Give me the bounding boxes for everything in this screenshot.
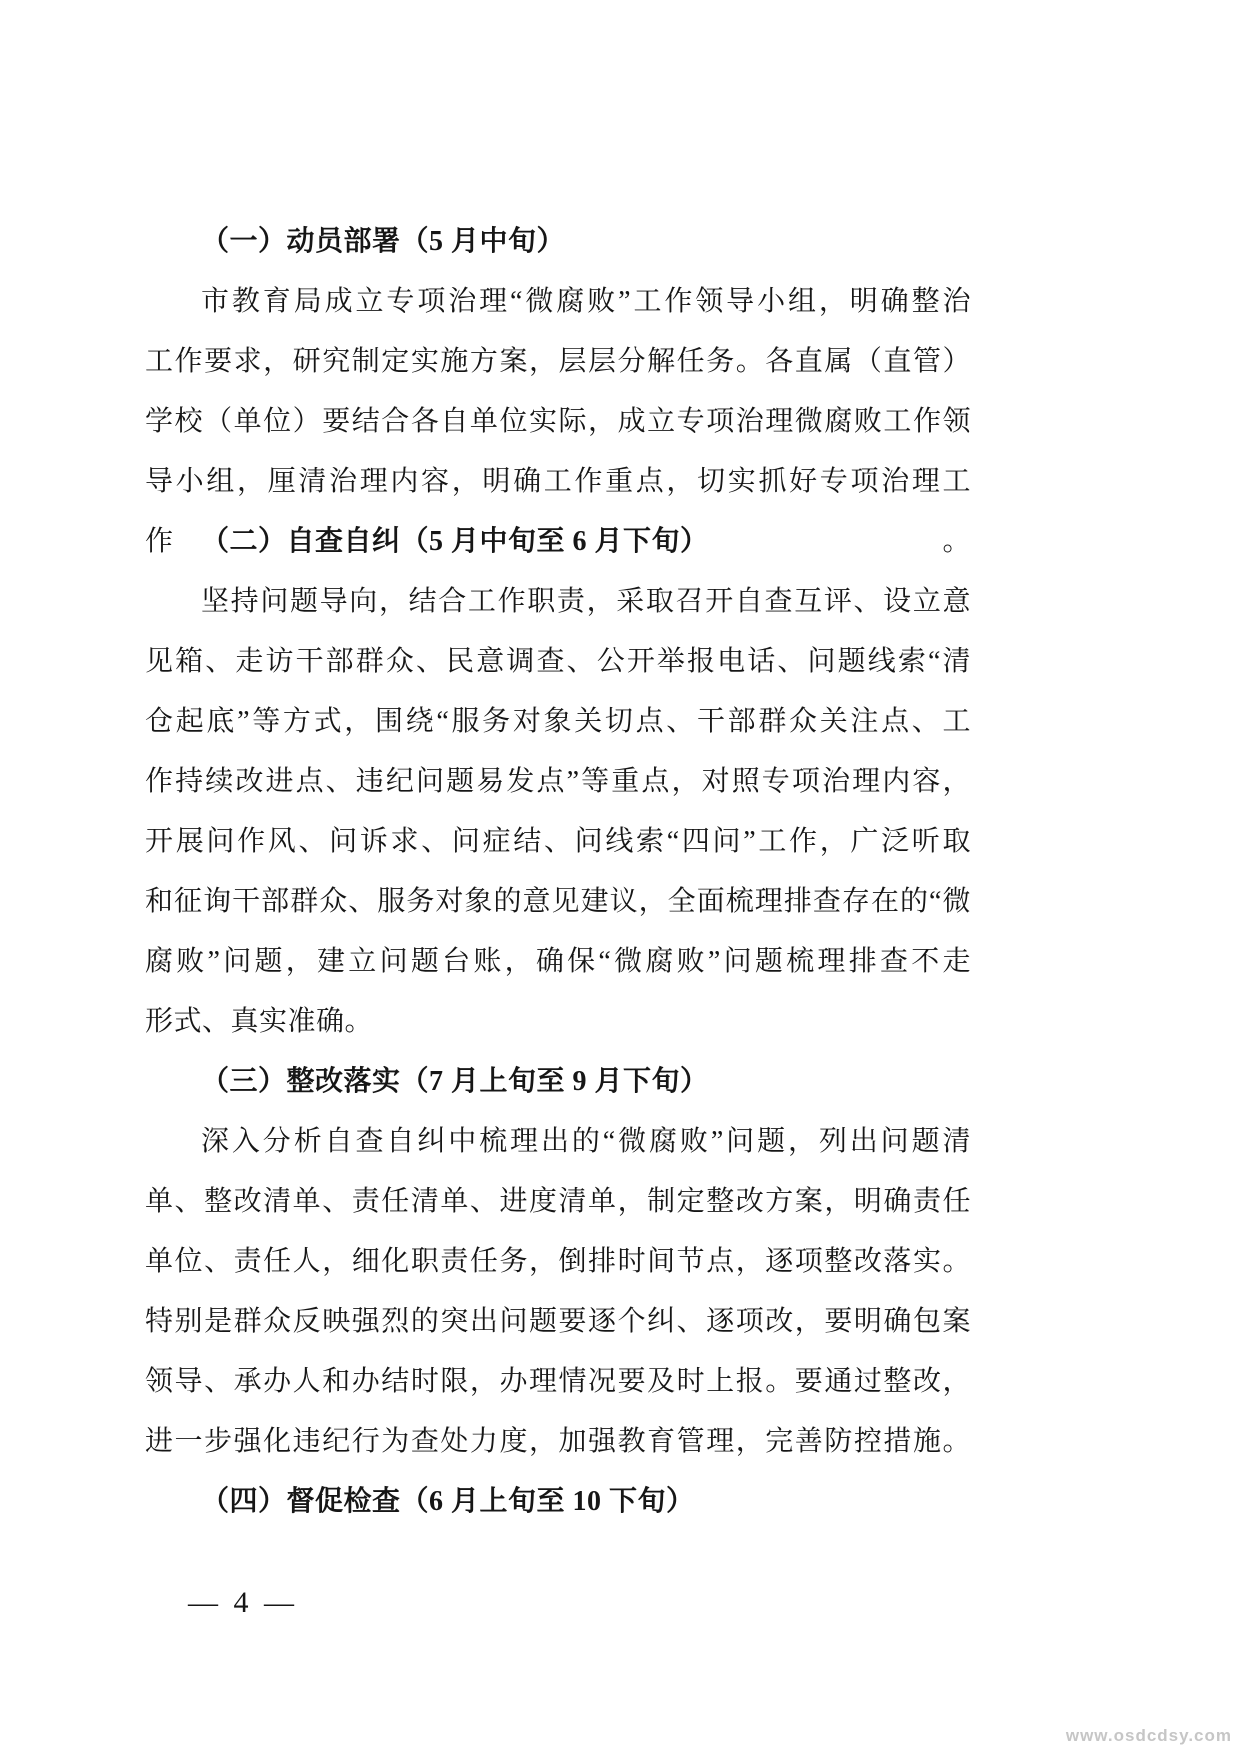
body-line: 腐败”问题，建立问题台账，确保“微腐败”问题梳理排查不走 (145, 932, 971, 992)
section-heading: （四）督促检查（6 月上旬至 10 下旬） (145, 1472, 971, 1532)
body-line: 形式、真实准确。 (145, 992, 971, 1052)
body-line: 导小组，厘清治理内容，明确工作重点，切实抓好专项治理工作。 (145, 452, 971, 512)
body-line: 特别是群众反映强烈的突出问题要逐个纠、逐项改，要明确包案 (145, 1292, 971, 1352)
document-body: （一）动员部署（5 月中旬）市教育局成立专项治理“微腐败”工作领导小组，明确整治… (145, 212, 971, 1532)
body-line: 单位、责任人，细化职责任务，倒排时间节点，逐项整改落实。 (145, 1232, 971, 1292)
section-heading: （三）整改落实（7 月上旬至 9 月下旬） (145, 1052, 971, 1112)
body-line: 工作要求，研究制定实施方案，层层分解任务。各直属（直管） (145, 332, 971, 392)
body-line: 作持续改进点、违纪问题易发点”等重点，对照专项治理内容， (145, 752, 971, 812)
body-line: 仓起底”等方式，围绕“服务对象关切点、干部群众关注点、工 (145, 692, 971, 752)
body-line: 领导、承办人和办结时限，办理情况要及时上报。要通过整改， (145, 1352, 971, 1412)
page-number: — 4 — (188, 1585, 298, 1621)
document-page: （一）动员部署（5 月中旬）市教育局成立专项治理“微腐败”工作领导小组，明确整治… (0, 0, 1240, 1754)
body-line: 单、整改清单、责任清单、进度清单，制定整改方案，明确责任 (145, 1172, 971, 1232)
watermark: www.osdcdsy.com (1066, 1726, 1232, 1746)
section-heading: （一）动员部署（5 月中旬） (145, 212, 971, 272)
body-line: 和征询干部群众、服务对象的意见建议，全面梳理排查存在的“微 (145, 872, 971, 932)
body-line: 开展问作风、问诉求、问症结、问线索“四问”工作，广泛听取 (145, 812, 971, 872)
body-line: 学校（单位）要结合各自单位实际，成立专项治理微腐败工作领 (145, 392, 971, 452)
body-line: 市教育局成立专项治理“微腐败”工作领导小组，明确整治 (145, 272, 971, 332)
body-line: 进一步强化违纪行为查处力度，加强教育管理，完善防控措施。 (145, 1412, 971, 1472)
body-line: 见箱、走访干部群众、民意调查、公开举报电话、问题线索“清 (145, 632, 971, 692)
body-line: 深入分析自查自纠中梳理出的“微腐败”问题，列出问题清 (145, 1112, 971, 1172)
body-line: 坚持问题导向，结合工作职责，采取召开自查互评、设立意 (145, 572, 971, 632)
